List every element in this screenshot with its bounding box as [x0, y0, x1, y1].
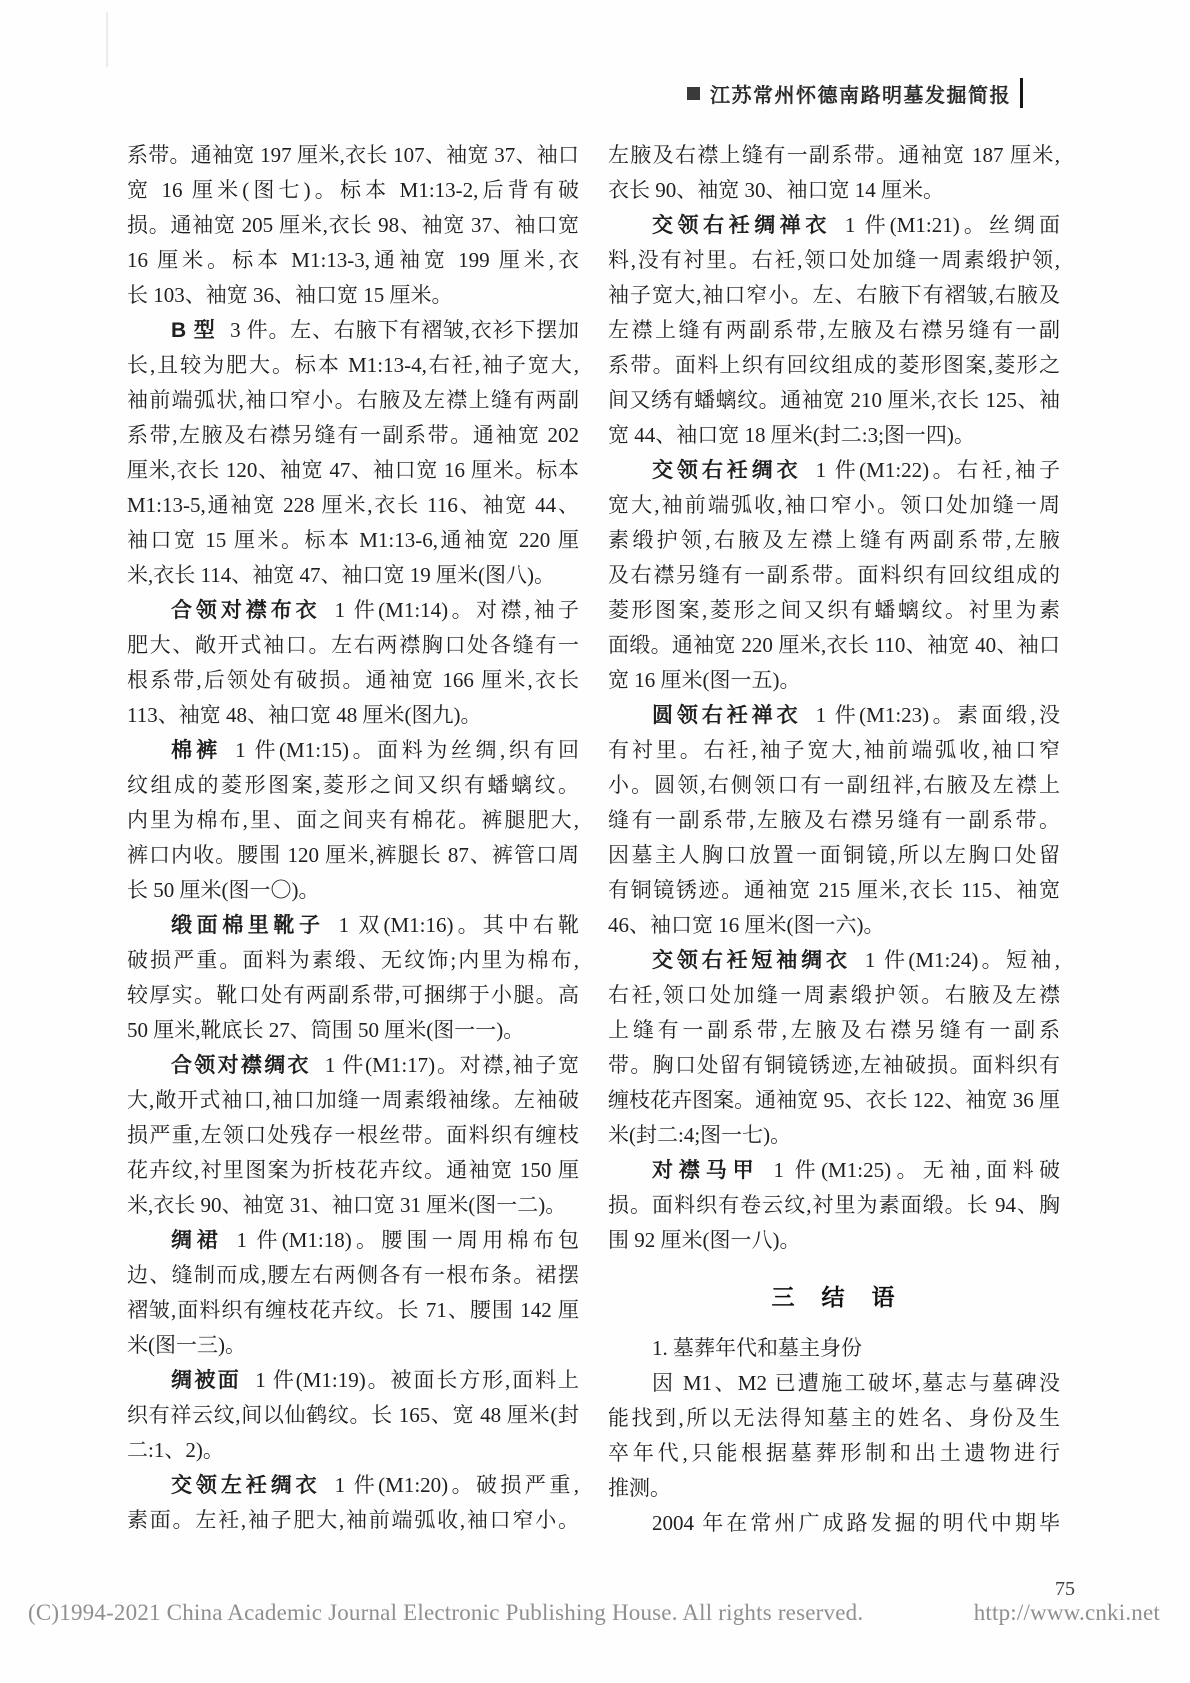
line-text: 1 件(M1:14)。对襟,袖子 [335, 598, 579, 622]
text-line: 左襟上缝有两副系带,左腋及右襟另缝有一副 [608, 313, 1060, 348]
text-line: 间又绣有蟠螭纹。通袖宽 210 厘米,衣长 125、袖 [608, 383, 1060, 418]
text-line: 褶皱,面料织有缠枝花卉纹。长 71、腰围 142 厘 [127, 1293, 579, 1328]
text-line: 内里为棉布,里、面之间夹有棉花。裤腿肥大, [127, 803, 579, 838]
line-text: 1 件(M1:17)。对襟,袖子宽 [325, 1053, 579, 1077]
text-line: 系带。面料上织有回纹组成的菱形图案,菱形之 [608, 348, 1060, 383]
text-line: 根系带,后领处有破损。通袖宽 166 厘米,衣长 [127, 663, 579, 698]
copyright-footer: (C)1994-2021 China Academic Journal Elec… [28, 1600, 1160, 1626]
text-line: 113、袖宽 48、袖口宽 48 厘米(图九)。 [127, 698, 579, 733]
text-line: 裤口内收。腰围 120 厘米,裤腿长 87、裤管口周 [127, 838, 579, 873]
text-line: 2004 年在常州广成路发掘的明代中期毕 [608, 1506, 1060, 1541]
text-line: 上缝有一副系带,左腋及右襟另缝有一副系 [608, 1013, 1060, 1048]
line-text: 1 件(M1:23)。素面缎,没 [816, 703, 1060, 727]
copyright-notice: (C)1994-2021 China Academic Journal Elec… [28, 1600, 863, 1626]
article-column-left: 系带。通袖宽 197 厘米,衣长 107、袖宽 37、袖口宽 16 厘米(图七)… [127, 138, 579, 1538]
artifact-name: 交领左衽绸衣 [171, 1474, 321, 1497]
text-line: 长 50 厘米(图一〇)。 [127, 873, 579, 908]
text-line: 料,没有衬里。右衽,领口处加缝一周素缎护领, [608, 243, 1060, 278]
artifact-name: 交领右衽绸衣 [652, 459, 802, 482]
line-text: 1 件(M1:19)。被面长方形,面料上 [255, 1368, 579, 1392]
text-line: 小。圆领,右侧领口有一副纽袢,右腋及左襟上 [608, 768, 1060, 803]
artifact-name: 棉裤 [171, 739, 221, 762]
text-line: 绸裙1 件(M1:18)。腰围一周用棉布包 [127, 1223, 579, 1258]
text-line: 宽 16 厘米(图一五)。 [608, 663, 1060, 698]
text-line: 损。通袖宽 205 厘米,衣长 98、袖宽 37、袖口宽 [127, 208, 579, 243]
text-line: 50 厘米,靴底长 27、筒围 50 厘米(图一一)。 [127, 1013, 579, 1048]
artifact-name: 对襟马甲 [652, 1159, 760, 1182]
text-line: 宽 44、袖口宽 18 厘米(封二:3;图一四)。 [608, 418, 1060, 453]
line-text: 1 件(M1:21)。丝绸面 [845, 213, 1060, 237]
artifact-name: 合领对襟布衣 [171, 599, 321, 622]
artifact-name: 绸被面 [171, 1369, 241, 1392]
artifact-name: 绸裙 [171, 1229, 223, 1252]
text-line: 损严重,左领口处残存一根丝带。面料织有缠枝 [127, 1118, 579, 1153]
text-line: 交领左衽绸衣1 件(M1:20)。破损严重, [127, 1468, 579, 1503]
text-line: 交领右衽短袖绸衣1 件(M1:24)。短袖, [608, 943, 1060, 978]
text-line: B 型3 件。左、右腋下有褶皱,衣衫下摆加 [127, 313, 579, 348]
text-line: 因 M1、M2 已遭施工破坏,墓志与墓碑没 [608, 1366, 1060, 1401]
text-line: 长,且较为肥大。标本 M1:13-4,右衽,袖子宽大, [127, 348, 579, 383]
header-square-icon [687, 87, 700, 100]
text-line: 较厚实。靴口处有两副系带,可捆绑于小腿。高 [127, 978, 579, 1013]
text-line: 及右襟另缝有一副系带。面料织有回纹组成的 [608, 558, 1060, 593]
text-line: 织有祥云纹,间以仙鹤纹。长 165、宽 48 厘米(封 [127, 1398, 579, 1433]
line-text: 3 件。左、右腋下有褶皱,衣衫下摆加 [230, 318, 579, 342]
text-line: 缎面棉里靴子1 双(M1:16)。其中右靴 [127, 908, 579, 943]
line-text: 1 件(M1:18)。腰围一周用棉布包 [237, 1228, 580, 1252]
line-text: 1 件(M1:20)。破损严重, [335, 1473, 579, 1497]
line-text: 1 件(M1:24)。短袖, [865, 948, 1060, 972]
text-line: M1:13-5,通袖宽 228 厘米,衣长 116、袖宽 44、 [127, 488, 579, 523]
text-line: 肥大、敞开式袖口。左右两襟胸口处各缝有一 [127, 628, 579, 663]
text-line: 宽大,袖前端弧收,袖口窄小。领口处加缝一周 [608, 488, 1060, 523]
text-line: 合领对襟绸衣1 件(M1:17)。对襟,袖子宽 [127, 1048, 579, 1083]
artifact-name: B 型 [171, 319, 216, 342]
text-line: 系带。通袖宽 197 厘米,衣长 107、袖宽 37、袖口 [127, 138, 579, 173]
text-line: 交领右衽绸衣1 件(M1:22)。右衽,袖子 [608, 453, 1060, 488]
text-line: 缠枝花卉图案。通袖宽 95、衣长 122、袖宽 36 厘 [608, 1083, 1060, 1118]
subsection-heading: 1. 墓葬年代和墓主身份 [608, 1331, 1060, 1366]
text-line: 纹组成的菱形图案,菱形之间又织有蟠螭纹。 [127, 768, 579, 803]
text-line: 围 92 厘米(图一八)。 [608, 1223, 1060, 1258]
text-line: 米(封二:4;图一七)。 [608, 1118, 1060, 1153]
scan-artifact-line [106, 12, 108, 67]
text-line: 边、缝制而成,腰左右两侧各有一根布条。裙摆 [127, 1258, 579, 1293]
text-line: 损。面料织有卷云纹,衬里为素面缎。长 94、胸 [608, 1188, 1060, 1223]
journal-page-header: 江苏常州怀德南路明墓发掘简报 [687, 76, 1023, 110]
article-column-right: 左腋及右襟上缝有一副系带。通袖宽 187 厘米,衣长 90、袖宽 30、袖口宽 … [608, 138, 1060, 1541]
text-line: 大,敞开式袖口,袖口加缝一周素缎袖缘。左袖破 [127, 1083, 579, 1118]
page-number: 75 [1055, 1578, 1075, 1601]
line-text: 1 双(M1:16)。其中右靴 [339, 913, 579, 937]
journal-header-title: 江苏常州怀德南路明墓发掘简报 [710, 79, 1011, 108]
text-line: 衣长 90、袖宽 30、袖口宽 14 厘米。 [608, 173, 1060, 208]
text-line: 袖口宽 15 厘米。标本 M1:13-6,通袖宽 220 厘 [127, 523, 579, 558]
text-line: 二:1、2)。 [127, 1433, 579, 1468]
text-line: 左腋及右襟上缝有一副系带。通袖宽 187 厘米, [608, 138, 1060, 173]
text-line: 46、袖口宽 16 厘米(图一六)。 [608, 908, 1060, 943]
header-divider-bar [1020, 78, 1023, 108]
text-line: 素缎护领,右腋及左襟上缝有两副系带,左腋 [608, 523, 1060, 558]
scanned-paper-page: 江苏常州怀德南路明墓发掘简报 系带。通袖宽 197 厘米,衣长 107、袖宽 3… [0, 0, 1190, 1683]
text-line: 花卉纹,衬里图案为折枝花卉纹。通袖宽 150 厘 [127, 1153, 579, 1188]
text-line: 对襟马甲1 件(M1:25)。无袖,面料破 [608, 1153, 1060, 1188]
copyright-url: http://www.cnki.net [974, 1600, 1160, 1626]
artifact-name: 圆领右衽禅衣 [652, 704, 802, 727]
text-line: 棉裤1 件(M1:15)。面料为丝绸,织有回 [127, 733, 579, 768]
text-line: 长 103、袖宽 36、袖口宽 15 厘米。 [127, 278, 579, 313]
text-line: 合领对襟布衣1 件(M1:14)。对襟,袖子 [127, 593, 579, 628]
text-line: 有衬里。右衽,袖子宽大,袖前端弧收,袖口窄 [608, 733, 1060, 768]
text-line: 右衽,领口处加缝一周素缎护领。右腋及左襟 [608, 978, 1060, 1013]
text-line: 袖前端弧状,袖口窄小。右腋及左襟上缝有两副 [127, 383, 579, 418]
text-line: 缝有一副系带,左腋及右襟另缝有一副系带。 [608, 803, 1060, 838]
line-text: 1 件(M1:25)。无袖,面料破 [774, 1158, 1060, 1182]
text-line: 16 厘米。标本 M1:13-3,通袖宽 199 厘米,衣 [127, 243, 579, 278]
text-line: 圆领右衽禅衣1 件(M1:23)。素面缎,没 [608, 698, 1060, 733]
text-line: 袖子宽大,袖口窄小。左、右腋下有褶皱,右腋及 [608, 278, 1060, 313]
text-line: 交领右衽绸禅衣1 件(M1:21)。丝绸面 [608, 208, 1060, 243]
text-line: 推测。 [608, 1471, 1060, 1506]
text-line: 菱形图案,菱形之间又织有蟠螭纹。衬里为素 [608, 593, 1060, 628]
artifact-name: 缎面棉里靴子 [171, 914, 325, 937]
artifact-name: 交领右衽绸禅衣 [652, 214, 831, 237]
artifact-name: 交领右衽短袖绸衣 [652, 949, 851, 972]
text-line: 能找到,所以无法得知墓主的姓名、身份及生 [608, 1401, 1060, 1436]
line-text: 1 件(M1:15)。面料为丝绸,织有回 [235, 738, 579, 762]
text-line: 素面。左衽,袖子肥大,袖前端弧收,袖口窄小。 [127, 1503, 579, 1538]
text-line: 米,衣长 90、袖宽 31、袖口宽 31 厘米(图一二)。 [127, 1188, 579, 1223]
text-line: 因墓主人胸口放置一面铜镜,所以左胸口处留 [608, 838, 1060, 873]
text-line: 有铜镜锈迹。通袖宽 215 厘米,衣长 115、袖宽 [608, 873, 1060, 908]
text-line: 宽 16 厘米(图七)。标本 M1:13-2,后背有破 [127, 173, 579, 208]
text-line: 面缎。通袖宽 220 厘米,衣长 110、袖宽 40、袖口 [608, 628, 1060, 663]
text-line: 带。胸口处留有铜镜锈迹,左袖破损。面料织有 [608, 1048, 1060, 1083]
text-line: 米,衣长 114、袖宽 47、袖口宽 19 厘米(图八)。 [127, 558, 579, 593]
text-line: 厘米,衣长 120、袖宽 47、袖口宽 16 厘米。标本 [127, 453, 579, 488]
text-line: 系带,左腋及右襟另缝有一副系带。通袖宽 202 [127, 418, 579, 453]
line-text: 1 件(M1:22)。右衽,袖子 [816, 458, 1060, 482]
text-line: 绸被面1 件(M1:19)。被面长方形,面料上 [127, 1363, 579, 1398]
text-line: 卒年代,只能根据墓葬形制和出土遗物进行 [608, 1436, 1060, 1471]
artifact-name: 合领对襟绸衣 [171, 1054, 311, 1077]
section-heading: 三 结 语 [608, 1280, 1060, 1315]
text-line: 米(图一三)。 [127, 1328, 579, 1363]
text-line: 破损严重。面料为素缎、无纹饰;内里为棉布, [127, 943, 579, 978]
